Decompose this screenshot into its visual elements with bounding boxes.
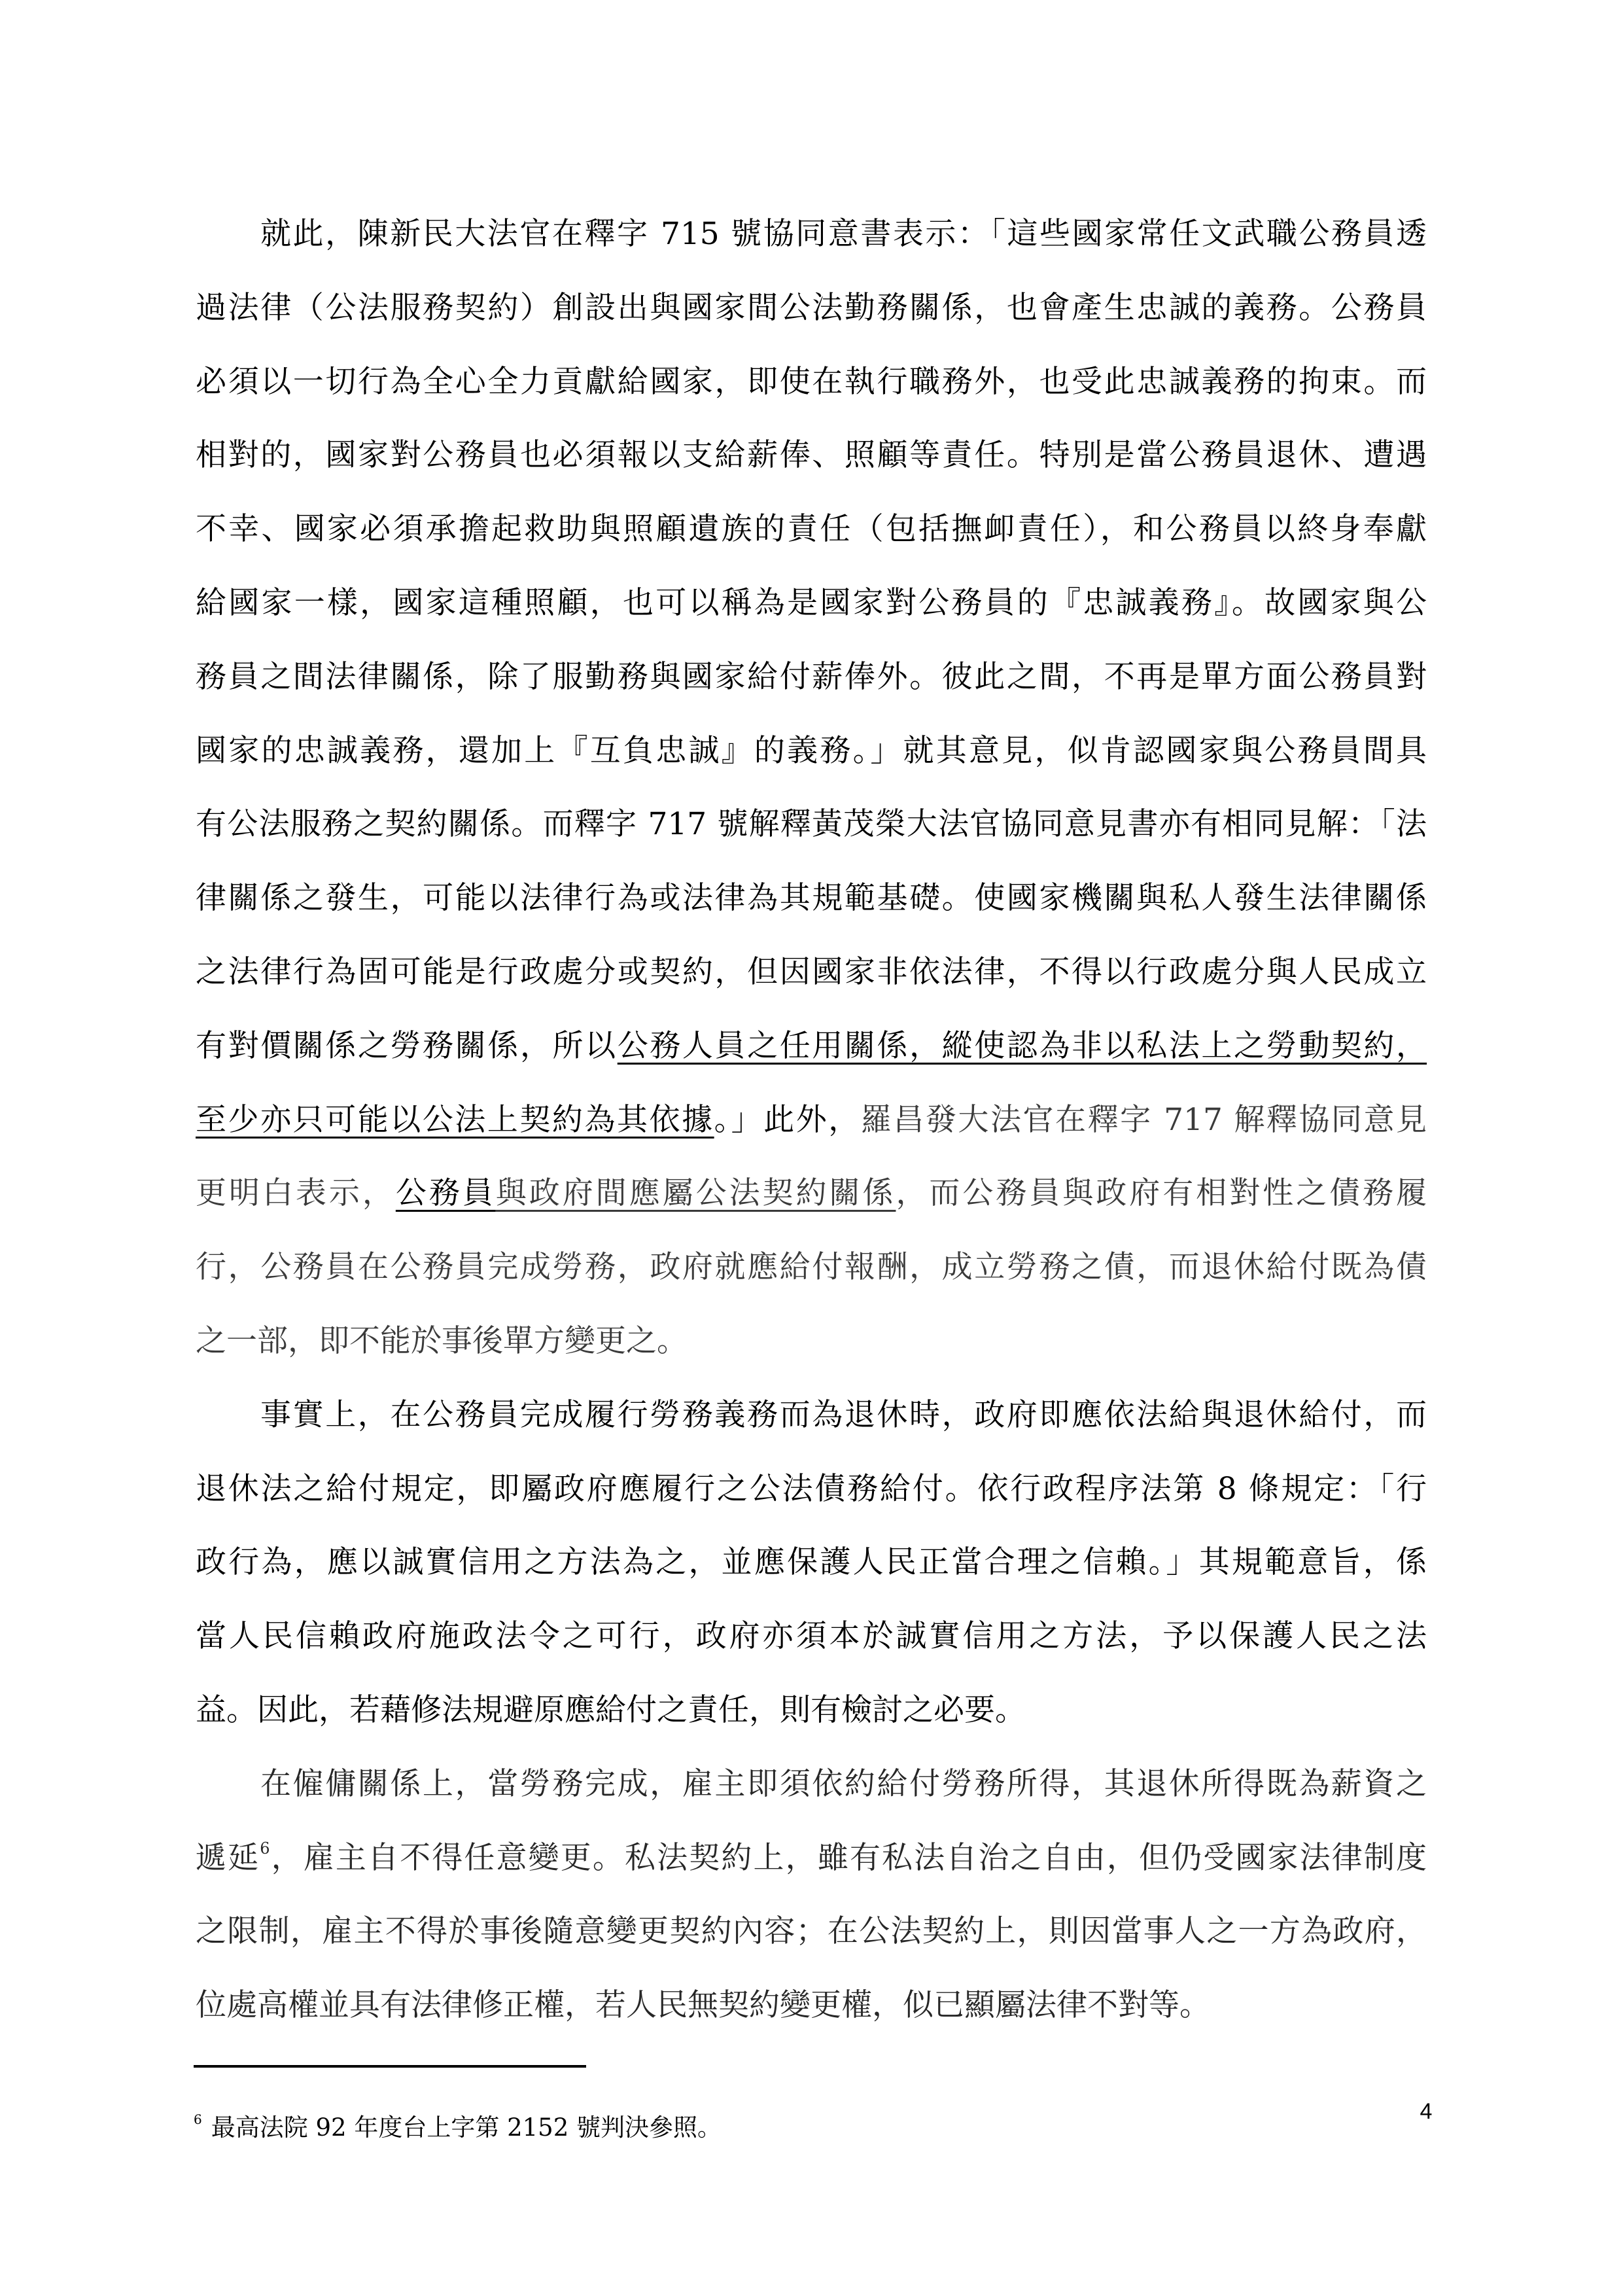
page-number: 4: [1413, 2097, 1439, 2126]
text-line: 之法律行為固可能是行政處分或契約，但因國家非依法律，不得以行政處分與人民成立: [196, 936, 1427, 1010]
text-segment: 之法律行為固可能是行政處分或契約，但因國家非依法律，不得以行政處分與人民成立: [196, 954, 1427, 990]
text-segment: 律關係之發生，可能以法律行為或法律為其規範基礎。使國家機關與私人發生法律關係: [196, 880, 1427, 916]
footnote-separator: [194, 2065, 586, 2068]
text-line: 益。因此，若藉修法規避原應給付之責任，則有檢討之必要。: [196, 1674, 1427, 1748]
text-segment: 不幸、國家必須承擔起救助與照顧遺族的責任（包括撫卹責任），和公務員以終身奉獻: [196, 511, 1427, 547]
underlined-text: 與政府間應屬公法契約關係: [496, 1175, 896, 1211]
underlined-text: 公務員: [396, 1175, 496, 1211]
underlined-text: 公務人員之任用關係，縱使認為非以私法上之勞動契約，: [618, 1028, 1427, 1064]
text-segment: 退休法之給付規定，即屬政府應履行之公法債務給付。依行政程序法第 8 條規定：「行: [196, 1471, 1427, 1507]
text-segment: 有對價關係之勞務關係，所以: [196, 1028, 618, 1064]
text-segment: 就此，陳新民大法官在釋字 715 號協同意書表示：「這些國家常任文武職公務員透: [260, 216, 1427, 252]
text-line: 有公法服務之契約關係。而釋字 717 號解釋黃茂榮大法官協同意見書亦有相同見解：…: [196, 788, 1427, 862]
text-segment: 行，公務員在公務員完成勞務，政府就應給付報酬，成立勞務之債，而退休給付既為債: [196, 1249, 1427, 1285]
text-line: 務員之間法律關係，除了服勤務與國家給付薪俸外。彼此之間，不再是單方面公務員對: [196, 641, 1427, 715]
text-line: 相對的，國家對公務員也必須報以支給薪俸、照顧等責任。特別是當公務員退休、遭遇: [196, 419, 1427, 493]
text-segment: 國家的忠誠義務，還加上『互負忠誠』的義務。」就其意見，似肯認國家與公務員間具: [196, 733, 1427, 769]
body-text: 就此，陳新民大法官在釋字 715 號協同意書表示：「這些國家常任文武職公務員透過…: [196, 198, 1427, 2043]
text-segment: 之一部，即不能於事後單方變更之。: [196, 1323, 688, 1359]
text-segment: 在僱傭關係上，當勞務完成，雇主即須依約給付勞務所得，其退休所得既為薪資之: [260, 1766, 1427, 1802]
text-line: 行，公務員在公務員完成勞務，政府就應給付報酬，成立勞務之債，而退休給付既為債: [196, 1231, 1427, 1305]
text-line: 律關係之發生，可能以法律行為或法律為其規範基礎。使國家機關與私人發生法律關係: [196, 862, 1427, 936]
document-page: 就此，陳新民大法官在釋字 715 號協同意書表示：「這些國家常任文武職公務員透過…: [0, 0, 1623, 2296]
footnote-text: 最高法院 92 年度台上字第 2152 號判決參照。: [211, 2113, 722, 2142]
text-segment: 羅昌發大法官在釋字 717 解釋協同意見: [861, 1102, 1427, 1138]
footnote: 6最高法院 92 年度台上字第 2152 號判決參照。: [194, 2108, 722, 2147]
text-line: 不幸、國家必須承擔起救助與照顧遺族的責任（包括撫卹責任），和公務員以終身奉獻: [196, 493, 1427, 567]
text-segment: 務員之間法律關係，除了服勤務與國家給付薪俸外。彼此之間，不再是單方面公務員對: [196, 659, 1427, 695]
text-segment: 有公法服務之契約關係。而釋字 717 號解釋黃茂榮大法官協同意見書亦有相同見解：…: [196, 806, 1427, 842]
text-line: 之限制，雇主不得於事後隨意變更契約內容；在公法契約上，則因當事人之一方為政府，: [196, 1895, 1427, 1969]
text-line: 有對價關係之勞務關係，所以公務人員之任用關係，縱使認為非以私法上之勞動契約，: [196, 1010, 1427, 1084]
text-line: 必須以一切行為全心全力貢獻給國家，即使在執行職務外，也受此忠誠義務的拘束。而: [196, 345, 1427, 419]
text-segment: 位處高權並具有法律修正權，若人民無契約變更權，似已顯屬法律不對等。: [196, 1987, 1210, 2023]
text-line: 政行為，應以誠實信用之方法為之，並應保護人民正當合理之信賴。」其規範意旨，係: [196, 1526, 1427, 1600]
text-segment: 。」此外，: [714, 1102, 861, 1138]
text-segment: 過法律（公法服務契約）創設出與國家間公法勤務關係，也會產生忠誠的義務。公務員: [196, 290, 1427, 326]
text-segment: 益。因此，若藉修法規避原應給付之責任，則有檢討之必要。: [196, 1692, 1026, 1728]
text-segment: ，雇主自不得任意變更。私法契約上，雖有私法自治之自由，但仍受國家法律制度: [270, 1840, 1427, 1876]
text-line: 給國家一樣，國家這種照顧，也可以稱為是國家對公務員的『忠誠義務』。故國家與公: [196, 567, 1427, 641]
text-segment: 給國家一樣，國家這種照顧，也可以稱為是國家對公務員的『忠誠義務』。故國家與公: [196, 585, 1427, 621]
text-line: 事實上，在公務員完成履行勞務義務而為退休時，政府即應依法給與退休給付，而: [196, 1379, 1427, 1453]
text-segment: 當人民信賴政府施政法令之可行，政府亦須本於誠實信用之方法，予以保護人民之法: [196, 1618, 1427, 1654]
text-line: 至少亦只可能以公法上契約為其依據。」此外，羅昌發大法官在釋字 717 解釋協同意…: [196, 1084, 1427, 1157]
text-line: 當人民信賴政府施政法令之可行，政府亦須本於誠實信用之方法，予以保護人民之法: [196, 1600, 1427, 1674]
footnote-reference: 6: [260, 1839, 270, 1858]
text-line: 位處高權並具有法律修正權，若人民無契約變更權，似已顯屬法律不對等。: [196, 1969, 1427, 2043]
footnote-mark: 6: [194, 2111, 202, 2127]
text-line: 更明白表示，公務員與政府間應屬公法契約關係，而公務員與政府有相對性之債務履: [196, 1157, 1427, 1231]
text-line: 就此，陳新民大法官在釋字 715 號協同意書表示：「這些國家常任文武職公務員透: [196, 198, 1427, 272]
text-line: 遞延6，雇主自不得任意變更。私法契約上，雖有私法自治之自由，但仍受國家法律制度: [196, 1822, 1427, 1896]
text-line: 退休法之給付規定，即屬政府應履行之公法債務給付。依行政程序法第 8 條規定：「行: [196, 1453, 1427, 1527]
text-segment: 更明白表示，: [196, 1175, 396, 1211]
text-segment: 之限制，雇主不得於事後隨意變更契約內容；在公法契約上，則因當事人之一方為政府，: [196, 1913, 1427, 1949]
text-line: 在僱傭關係上，當勞務完成，雇主即須依約給付勞務所得，其退休所得既為薪資之: [196, 1748, 1427, 1822]
text-segment: 遞延: [196, 1840, 260, 1876]
underlined-text: 至少亦只可能以公法上契約為其依據: [196, 1102, 714, 1138]
text-line: 之一部，即不能於事後單方變更之。: [196, 1305, 1427, 1379]
text-line: 國家的忠誠義務，還加上『互負忠誠』的義務。」就其意見，似肯認國家與公務員間具: [196, 715, 1427, 788]
text-line: 過法律（公法服務契約）創設出與國家間公法勤務關係，也會產生忠誠的義務。公務員: [196, 272, 1427, 345]
text-segment: 必須以一切行為全心全力貢獻給國家，即使在執行職務外，也受此忠誠義務的拘束。而: [196, 364, 1427, 400]
text-segment: ，而公務員與政府有相對性之債務履: [896, 1175, 1427, 1211]
text-segment: 政行為，應以誠實信用之方法為之，並應保護人民正當合理之信賴。」其規範意旨，係: [196, 1544, 1427, 1580]
text-segment: 相對的，國家對公務員也必須報以支給薪俸、照顧等責任。特別是當公務員退休、遭遇: [196, 437, 1427, 473]
text-segment: 事實上，在公務員完成履行勞務義務而為退休時，政府即應依法給與退休給付，而: [260, 1397, 1427, 1433]
